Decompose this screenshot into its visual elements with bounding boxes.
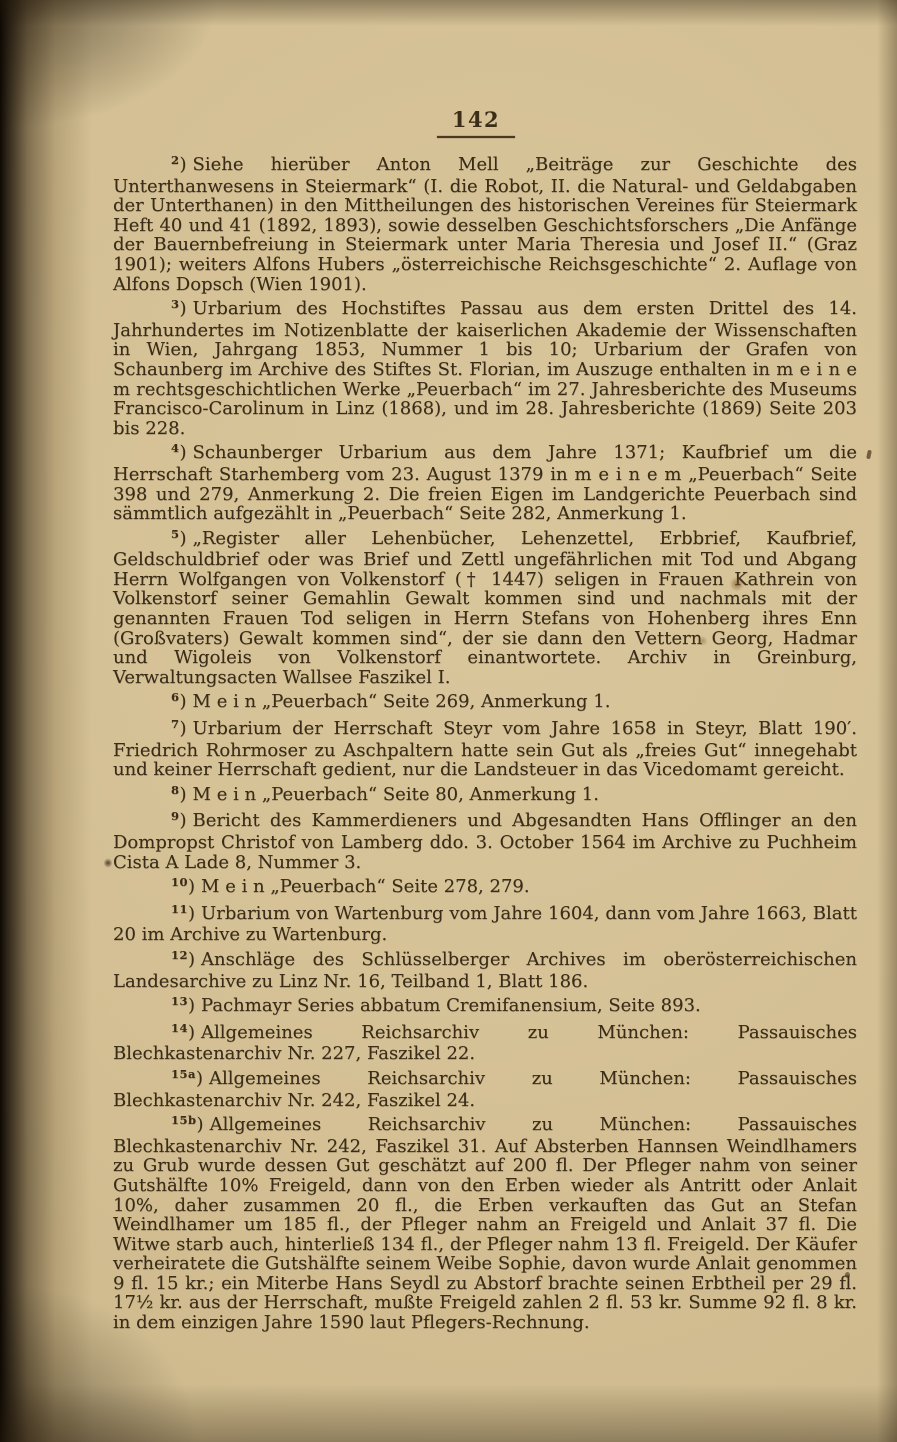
footnote-marker: 9 [171,809,180,823]
footnote-paren: ) [188,1022,195,1043]
footnote-15a: 15a)Allgemeines Reichsarchiv zu München:… [113,1069,857,1110]
footnote-paren: ) [197,1114,204,1135]
paper-stain [866,450,872,460]
footnote-paren: ) [180,784,187,805]
footnote-marker: 15a [171,1067,196,1081]
footnote-5: 5)„Register aller Lehenbücher, Lehenzett… [113,529,857,688]
footnote-4: 4)Schaunberger Urbarium aus dem Jahre 13… [113,443,857,523]
footnote-text: Urbarium von Wartenburg vom Jahre 1604, … [113,903,857,946]
footnote-marker: 14 [171,1021,188,1035]
footnote-marker: 7 [171,717,180,731]
footnote-11: 11)Urbarium von Wartenburg vom Jahre 160… [113,904,857,945]
footnote-marker: 11 [171,902,188,916]
scan-shadow-left [0,0,92,1442]
footnote-marker: 2 [171,153,180,167]
footnote-text: Urbarium der Herrschaft Steyr vom Jahre … [113,718,857,780]
footnote-text: Bericht des Kammerdieners und Abgesandte… [113,810,857,872]
footnote-12: 12)Anschläge des Schlüsselberger Archive… [113,950,857,991]
page-number-rule [437,136,515,138]
scan-shadow-top [0,0,897,26]
scanned-book-page: 142 2)Siehe hierüber Anton Mell „Beiträg… [0,0,897,1442]
footnote-text: Urbarium des Hochstiftes Passau aus dem … [113,298,857,439]
footnote-paren: ) [188,949,195,970]
scan-shadow-top-left [0,0,220,130]
footnote-paren: ) [196,1068,203,1089]
paper-stain [104,858,112,868]
footnote-paren: ) [188,995,195,1016]
footnote-14: 14)Allgemeines Reichsarchiv zu München: … [113,1023,857,1064]
footnote-8: 8)M e i n „Peuerbach“ Seite 80, Anmerkun… [113,785,857,807]
footnote-marker: 12 [171,948,188,962]
footnote-text: M e i n „Peuerbach“ Seite 269, Anmerkung… [193,691,611,712]
footnote-marker: 15b [171,1113,197,1127]
scan-shadow-bottom [0,1384,897,1442]
footnote-marker: 5 [171,527,180,541]
footnote-paren: ) [188,903,195,924]
footnote-13: 13)Pachmayr Series abbatum Cremifanensiu… [113,996,857,1018]
footnote-text: „Register aller Lehenbücher, Lehenzettel… [113,528,857,688]
footnote-marker: 4 [171,441,180,455]
page-number: 142 [437,107,515,132]
footnote-9: 9)Bericht des Kammerdieners und Abgesand… [113,811,857,872]
scan-shadow-right [877,0,897,1442]
footnote-2: 2)Siehe hierüber Anton Mell „Beiträge zu… [113,155,857,294]
footnotes-block: 2)Siehe hierüber Anton Mell „Beiträge zu… [113,155,857,1333]
footnote-3: 3)Urbarium des Hochstiftes Passau aus de… [113,299,857,438]
footnote-15b: 15b)Allgemeines Reichsarchiv zu München:… [113,1115,857,1333]
footnote-paren: ) [180,298,187,319]
footnote-paren: ) [180,718,187,739]
page-header: 142 [437,107,515,138]
footnote-marker: 3 [171,297,180,311]
footnote-marker: 8 [171,783,180,797]
footnote-paren: ) [180,810,187,831]
footnote-paren: ) [180,528,187,549]
footnote-text: Allgemeines Reichsarchiv zu München: Pas… [113,1114,857,1333]
footnote-text: Schaunberger Urbarium aus dem Jahre 1371… [113,442,857,524]
footnote-paren: ) [188,876,195,897]
footnote-10: 10)M e i n „Peuerbach“ Seite 278, 279. [113,877,857,899]
footnote-7: 7)Urbarium der Herrschaft Steyr vom Jahr… [113,719,857,780]
footnote-text: M e i n „Peuerbach“ Seite 80, Anmerkung … [193,784,599,805]
footnote-text: Pachmayr Series abbatum Cremifanensium, … [201,995,701,1016]
footnote-text: Allgemeines Reichsarchiv zu München: Pas… [113,1068,857,1111]
footnote-text: Allgemeines Reichsarchiv zu München: Pas… [113,1022,857,1065]
footnote-text: Anschläge des Schlüsselberger Archives i… [113,949,857,992]
footnote-marker: 13 [171,994,188,1008]
footnote-marker: 6 [171,690,180,704]
footnote-6: 6)M e i n „Peuerbach“ Seite 269, Anmerku… [113,692,857,714]
footnote-paren: ) [180,442,187,463]
footnote-marker: 10 [171,875,188,889]
footnote-paren: ) [180,691,187,712]
footnote-paren: ) [180,154,187,175]
footnote-text: M e i n „Peuerbach“ Seite 278, 279. [201,876,530,897]
footnote-text: Siehe hierüber Anton Mell „Beiträge zur … [113,154,857,295]
